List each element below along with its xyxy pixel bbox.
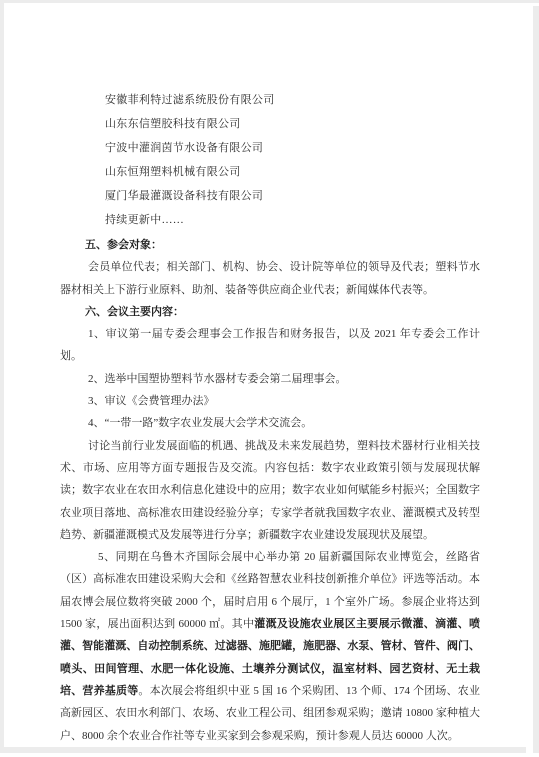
agenda-item-3: 3、审议《会费管理办法》 [60,390,480,412]
page-margin-right [533,6,539,752]
company-list-item: 安徽菲利特过滤系统股份有限公司 [60,88,480,112]
page-margin-bottom [0,747,539,753]
agenda-item-2: 2、选举中国塑协塑料节水器材专委会第二届理事会。 [60,368,480,390]
company-list-item: 山东东信塑胶科技有限公司 [60,112,480,136]
page-content: 安徽菲利特过滤系统股份有限公司 山东东信塑胶科技有限公司 宁波中灌润茵节水设备有… [60,88,480,747]
page-margin-left [0,0,4,752]
agenda-item-5-expo-paragraph: 5、同期在乌鲁木齐国际会展中心举办第 20 届新疆国际农业博览会，丝路省（区）高… [60,546,480,747]
company-list-item: 宁波中灌润茵节水设备有限公司 [60,136,480,160]
company-list: 安徽菲利特过滤系统股份有限公司 山东东信塑胶科技有限公司 宁波中灌润茵节水设备有… [60,88,480,232]
company-list-more: 持续更新中…… [60,208,480,232]
attendees-paragraph: 会员单位代表；相关部门、机构、协会、设计院等单位的领导及代表；塑料节水器材相关上… [60,256,480,301]
document-viewport: 安徽菲利特过滤系统股份有限公司 山东东信塑胶科技有限公司 宁波中灌润茵节水设备有… [0,0,539,757]
document-page: 安徽菲利特过滤系统股份有限公司 山东东信塑胶科技有限公司 宁波中灌润茵节水设备有… [4,3,533,747]
page-margin-top [0,0,539,3]
section-heading-attendees: 五、参会对象： [60,234,480,256]
company-list-item: 山东恒翔塑料机械有限公司 [60,160,480,184]
corner-notch-artifact [526,738,533,753]
agenda-discussion-paragraph: 讨论当前行业发展面临的机遇、挑战及未来发展趋势，塑料技术器材行业相关技术、市场、… [60,435,480,546]
document-body: 五、参会对象： 会员单位代表；相关部门、机构、协会、设计院等单位的领导及代表；塑… [60,234,480,747]
section-heading-agenda: 六、会议主要内容： [60,301,480,323]
company-list-item: 厦门华最灌溉设备科技有限公司 [60,184,480,208]
agenda-item-1: 1、审议第一届专委会理事会工作报告和财务报告，以及 2021 年专委会工作计划。 [60,323,480,368]
agenda-item-4: 4、“一带一路”数字农业发展大会学术交流会。 [60,412,480,434]
